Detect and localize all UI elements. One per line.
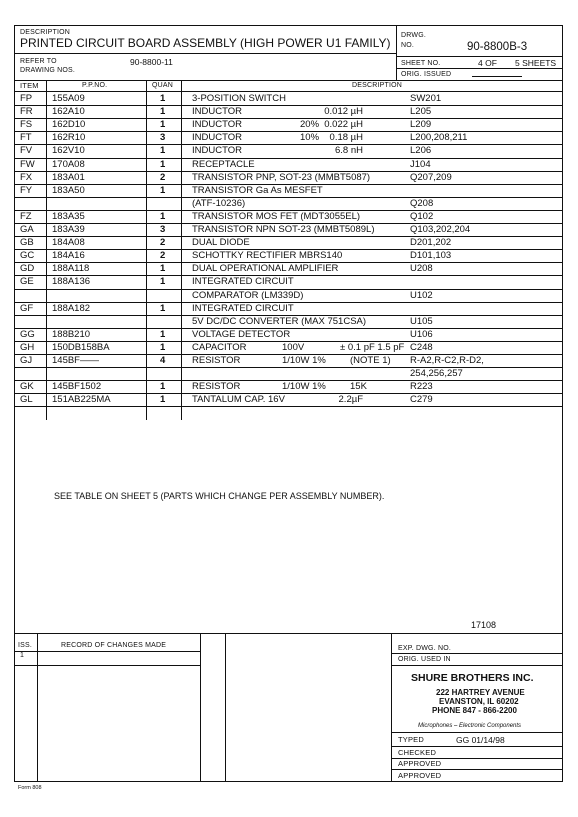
- rule: [14, 633, 563, 634]
- item-code: FT: [20, 133, 32, 143]
- header-ppno: P.P.NO.: [82, 82, 107, 89]
- part-description: CAPACITOR: [192, 343, 247, 353]
- part-description: RESISTOR: [192, 382, 240, 392]
- quantity: 1: [160, 94, 165, 104]
- company-tagline: Microphones – Electronic Components: [418, 723, 521, 729]
- quantity: 1: [160, 186, 165, 196]
- item-code: GG: [20, 330, 35, 340]
- quantity: 1: [160, 343, 165, 353]
- part-number: 170A08: [52, 160, 85, 170]
- part-description: INDUCTOR: [192, 120, 242, 130]
- col-divider: [391, 633, 392, 782]
- reference-designator: U102: [410, 291, 433, 301]
- part-number: 151AB225MA: [52, 395, 111, 405]
- sheet-total: 5 SHEETS: [515, 59, 556, 68]
- item-code: GC: [20, 251, 34, 261]
- part-description: VOLTAGE DETECTOR: [192, 330, 290, 340]
- item-code: GJ: [20, 356, 32, 366]
- reference-designator: L200,208,211: [410, 133, 467, 143]
- part-description: TANTALUM CAP. 16V: [192, 395, 285, 405]
- table-row-rule: [14, 144, 563, 145]
- checked-label: CHECKED: [398, 749, 436, 757]
- table-row-rule: [14, 236, 563, 237]
- quantity: 1: [160, 107, 165, 117]
- assembly-note: SEE TABLE ON SHEET 5 (PARTS WHICH CHANGE…: [54, 492, 384, 501]
- rule: [14, 665, 200, 666]
- part-number: 145BF1502: [52, 382, 101, 392]
- rule: [391, 653, 563, 654]
- quantity: 2: [160, 251, 165, 261]
- part-number: 188A136: [52, 277, 90, 287]
- part-value: (NOTE 1): [350, 356, 391, 366]
- part-spec: 100V: [282, 343, 304, 353]
- part-number: 162D10: [52, 120, 85, 130]
- orig-used-in-label: ORIG. USED IN: [398, 656, 451, 663]
- part-number: 155A09: [52, 94, 85, 104]
- part-value: 0.18 µH: [305, 133, 363, 143]
- part-description: DUAL DIODE: [192, 238, 250, 248]
- rule: [391, 769, 563, 770]
- quantity: 1: [160, 212, 165, 222]
- reference-designator: L209: [410, 120, 431, 130]
- company-address-1: 222 HARTREY AVENUE: [436, 689, 525, 697]
- rule: [14, 80, 563, 81]
- description-label: DESCRIPTION: [20, 29, 70, 36]
- rule: [14, 651, 200, 652]
- item-code: GD: [20, 264, 34, 274]
- part-description: RESISTOR: [192, 356, 240, 366]
- part-number: 188A182: [52, 304, 90, 314]
- part-description: 3-POSITION SWITCH: [192, 94, 286, 104]
- typed-value: GG 01/14/98: [456, 736, 505, 745]
- stamp-number: 17108: [471, 621, 496, 630]
- quantity: 1: [160, 264, 165, 274]
- reference-designator: D101,103: [410, 251, 451, 261]
- table-row-rule: [14, 118, 563, 119]
- part-description: SCHOTTKY RECTIFIER MBRS140: [192, 251, 342, 261]
- part-spec: 1/10W 1%: [282, 382, 326, 392]
- table-row-rule: [14, 406, 563, 407]
- form-number: Form 808: [18, 786, 42, 792]
- item-code: GK: [20, 382, 34, 392]
- part-description: INTEGRATED CIRCUIT: [192, 304, 294, 314]
- item-code: GB: [20, 238, 34, 248]
- reference-designator: 254,256,257: [410, 369, 463, 379]
- sheet-number: 4 OF: [478, 59, 497, 68]
- part-value: 2.2µF: [305, 395, 363, 405]
- part-number: 188B210: [52, 330, 90, 340]
- part-number: 183A01: [52, 173, 85, 183]
- quantity: 1: [160, 395, 165, 405]
- quantity: 1: [160, 382, 165, 392]
- item-code: GH: [20, 343, 34, 353]
- approved-label-2: APPROVED: [398, 772, 441, 780]
- rule: [14, 91, 563, 92]
- quantity: 4: [160, 356, 165, 366]
- table-row-rule: [14, 158, 563, 159]
- part-number: 162A10: [52, 107, 85, 117]
- quantity: 1: [160, 304, 165, 314]
- reference-designator: R223: [410, 382, 433, 392]
- part-description: 5V DC/DC CONVERTER (MAX 751CSA): [192, 317, 366, 327]
- item-code: FX: [20, 173, 32, 183]
- quantity: 2: [160, 238, 165, 248]
- typed-label: TYPED: [398, 736, 424, 744]
- header-description: DESCRIPTION: [352, 82, 402, 89]
- table-row-rule: [14, 197, 563, 198]
- item-code: FV: [20, 146, 32, 156]
- quantity: 1: [160, 120, 165, 130]
- rule: [396, 56, 563, 57]
- item-code: FZ: [20, 212, 32, 222]
- item-code: FP: [20, 94, 32, 104]
- part-number: 183A50: [52, 186, 85, 196]
- part-number: 183A39: [52, 225, 85, 235]
- title-divider: [396, 25, 397, 80]
- item-code: FR: [20, 107, 33, 117]
- item-code: FS: [20, 120, 32, 130]
- reference-designator: L205: [410, 107, 431, 117]
- quantity: 1: [160, 146, 165, 156]
- part-number: 184A08: [52, 238, 85, 248]
- quantity: 1: [160, 330, 165, 340]
- part-value: 15K: [350, 382, 367, 392]
- change-entry-iss: 1: [20, 652, 24, 659]
- quantity: 3: [160, 133, 165, 143]
- part-value: 0.012 µH: [305, 107, 363, 117]
- part-description: (ATF-10236): [192, 199, 245, 209]
- iss-label: ISS.: [18, 642, 32, 649]
- reference-designator: L206: [410, 146, 431, 156]
- exp-dwg-label: EXP. DWG. NO.: [398, 645, 451, 652]
- drwg-label: DRWG.: [401, 32, 426, 39]
- part-number: 162R10: [52, 133, 85, 143]
- company-address-2: EVANSTON, IL 60202: [439, 698, 519, 706]
- table-row-rule: [14, 367, 563, 368]
- part-description: RECEPTACLE: [192, 160, 255, 170]
- reference-designator: U208: [410, 264, 433, 274]
- part-description: DUAL OPERATIONAL AMPLIFIER: [192, 264, 338, 274]
- header-quan: QUAN: [152, 82, 173, 89]
- part-description: TRANSISTOR Ga As MESFET: [192, 186, 323, 196]
- rule: [391, 665, 563, 666]
- approved-label-1: APPROVED: [398, 760, 441, 768]
- part-description: COMPARATOR (LM339D): [192, 291, 303, 301]
- col-divider: [200, 633, 201, 782]
- part-value: ± 0.1 pF 1.5 pF: [340, 343, 404, 353]
- quantity: 1: [160, 277, 165, 287]
- item-code: GL: [20, 395, 33, 405]
- drwg-no-label: NO.: [401, 42, 414, 49]
- item-code: FY: [20, 186, 32, 196]
- part-number: 150DB158BA: [52, 343, 110, 353]
- refer-drawing-number: 90-8800-11: [130, 58, 173, 67]
- quantity: 3: [160, 225, 165, 235]
- reference-designator: J104: [410, 160, 431, 170]
- part-value: 6.8 nH: [305, 146, 363, 156]
- reference-designator: R-A2,R-C2,R-D2,: [410, 356, 484, 366]
- rule: [391, 746, 563, 747]
- part-number: 188A118: [52, 264, 89, 274]
- reference-designator: Q102: [410, 212, 433, 222]
- quantity: 2: [160, 173, 165, 183]
- part-description: TRANSISTOR MOS FET (MDT3055EL): [192, 212, 360, 222]
- quantity: 1: [160, 160, 165, 170]
- item-code: GA: [20, 225, 34, 235]
- part-description: TRANSISTOR PNP, SOT-23 (MMBT5087): [192, 173, 370, 183]
- part-number: 145BF——: [52, 356, 99, 366]
- refer-to-label: REFER TO: [20, 58, 57, 65]
- header-item: ITEM: [20, 82, 39, 90]
- part-number: 184A16: [52, 251, 85, 261]
- company-name: SHURE BROTHERS INC.: [411, 673, 534, 684]
- reference-designator: SW201: [410, 94, 441, 104]
- rule: [14, 53, 396, 54]
- reference-designator: U106: [410, 330, 433, 340]
- reference-designator: U105: [410, 317, 433, 327]
- part-number: 183A35: [52, 212, 85, 222]
- item-code: FW: [20, 160, 35, 170]
- part-description: INDUCTOR: [192, 133, 242, 143]
- reference-designator: Q103,202,204: [410, 225, 470, 235]
- reference-designator: C248: [410, 343, 433, 353]
- part-description: TRANSISTOR NPN SOT-23 (MMBT5089L): [192, 225, 374, 235]
- company-phone: PHONE 847 - 866-2200: [432, 707, 517, 715]
- part-spec: 1/10W 1%: [282, 356, 326, 366]
- drawing-number: 90-8800B-3: [467, 42, 527, 54]
- part-number: 162V10: [52, 146, 85, 156]
- reference-designator: Q208: [410, 199, 433, 209]
- reference-designator: Q207,209: [410, 173, 452, 183]
- item-code: GE: [20, 277, 34, 287]
- reference-designator: D201,202: [410, 238, 451, 248]
- orig-issued-label: ORIG. ISSUED: [401, 71, 451, 78]
- rule: [396, 68, 563, 69]
- col-divider: [37, 633, 38, 782]
- document-title: PRINTED CIRCUIT BOARD ASSEMBLY (HIGH POW…: [20, 37, 391, 49]
- rule: [391, 732, 563, 733]
- col-divider: [225, 633, 226, 782]
- part-value: 0.022 µH: [305, 120, 363, 130]
- orig-issued-blank: [472, 76, 522, 77]
- sheet-no-label: SHEET NO.: [401, 60, 440, 67]
- part-description: INDUCTOR: [192, 107, 242, 117]
- item-code: GF: [20, 304, 33, 314]
- table-row-rule: [14, 131, 563, 132]
- table-row-rule: [14, 105, 563, 106]
- part-description: INTEGRATED CIRCUIT: [192, 277, 294, 287]
- part-description: INDUCTOR: [192, 146, 242, 156]
- reference-designator: C279: [410, 395, 433, 405]
- drawing-nos-label: DRAWING NOS.: [20, 67, 75, 74]
- record-of-changes-label: RECORD OF CHANGES MADE: [61, 642, 166, 649]
